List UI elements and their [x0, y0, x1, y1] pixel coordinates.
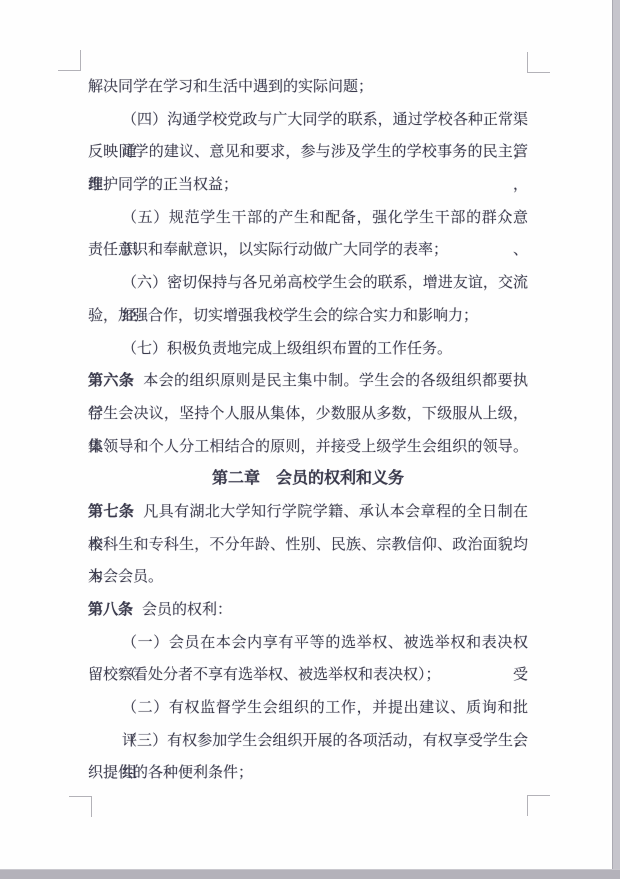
line-text: （七）积极负责地完成上级组织布置的工作任务。 [122, 339, 452, 357]
text-line: 本会会员。 [88, 560, 528, 593]
line-text: 会员的权利： [142, 600, 232, 618]
text-line: （一）会员在本会内享有平等的选举权、被选举权和表决权（受 [88, 626, 528, 659]
crop-mark-top-left [58, 50, 81, 71]
text-line: 学生会决议，坚持个人服从集体，少数服从多数，下级服从上级，集 [88, 397, 528, 430]
text-line: 第六条本会的组织原则是民主集中制。学生会的各级组织都要执行 [88, 364, 528, 397]
scanned-document-page: 解决同学在学习和生活中遇到的实际问题；（四）沟通学校党政与广大同学的联系，通过学… [0, 0, 620, 879]
document-body: 解决同学在学习和生活中遇到的实际问题；（四）沟通学校党政与广大同学的联系，通过学… [88, 70, 528, 789]
line-text: 第二章 会员的权利和义务 [212, 468, 404, 487]
crop-mark-top-right [527, 52, 550, 73]
text-line: 织提供的各种便利条件； [88, 756, 528, 789]
text-line: （六）密切保持与各兄弟高校学生会的联系，增进友谊，交流经 [88, 266, 528, 299]
line-text: 本会会员。 [88, 567, 163, 585]
chapter-heading: 第二章 会员的权利和义务 [88, 462, 528, 495]
article-number-label: 第六条 [88, 371, 134, 389]
line-text: 解决同学在学习和生活中遇到的实际问题； [88, 77, 373, 95]
line-text: 验，加强合作，切实增强我校学生会的综合实力和影响力； [88, 306, 478, 324]
text-line: 验，加强合作，切实增强我校学生会的综合实力和影响力； [88, 299, 528, 332]
text-line: 解决同学在学习和生活中遇到的实际问题； [88, 70, 528, 103]
text-line: 第八条会员的权利： [88, 593, 528, 626]
text-line: （二）有权监督学生会组织的工作，并提出建议、质询和批评； [88, 691, 528, 724]
line-text: 留校察看处分者不享有选举权、被选举权和表决权）； [88, 665, 441, 683]
line-text: 责任意识和奉献意识，以实际行动做广大同学的表率； [88, 240, 448, 258]
line-text: 维护同学的正当权益； [88, 175, 238, 193]
text-line: （五）规范学生干部的产生和配备，强化学生干部的群众意识、 [88, 201, 528, 234]
text-line: 本科生和专科生，不分年龄、性别、民族、宗教信仰、政治面貌均为 [88, 528, 528, 561]
crop-mark-bottom-right [527, 795, 550, 816]
page-scan-edge-bottom [0, 869, 620, 879]
text-line: （四）沟通学校党政与广大同学的联系，通过学校各种正常渠道， [88, 103, 528, 136]
line-text: 织提供的各种便利条件； [88, 763, 253, 781]
text-line: 第七条凡具有湖北大学知行学院学籍、承认本会章程的全日制在校 [88, 495, 528, 528]
article-number-label: 第七条 [88, 502, 134, 520]
line-text: 体领导和个人分工相结合的原则，并接受上级学生会组织的领导。 [88, 437, 528, 455]
article-number-label: 第八条 [88, 600, 133, 618]
text-line: 反映同学的建议、意见和要求，参与涉及学生的学校事务的民主管理， [88, 135, 528, 168]
text-line: 体领导和个人分工相结合的原则，并接受上级学生会组织的领导。 [88, 430, 528, 463]
text-line: （七）积极负责地完成上级组织布置的工作任务。 [88, 332, 528, 365]
crop-mark-bottom-left [69, 796, 92, 817]
page-scan-edge-right [612, 0, 620, 879]
text-line: （三）有权参加学生会组织开展的各项活动，有权享受学生会组 [88, 724, 528, 757]
